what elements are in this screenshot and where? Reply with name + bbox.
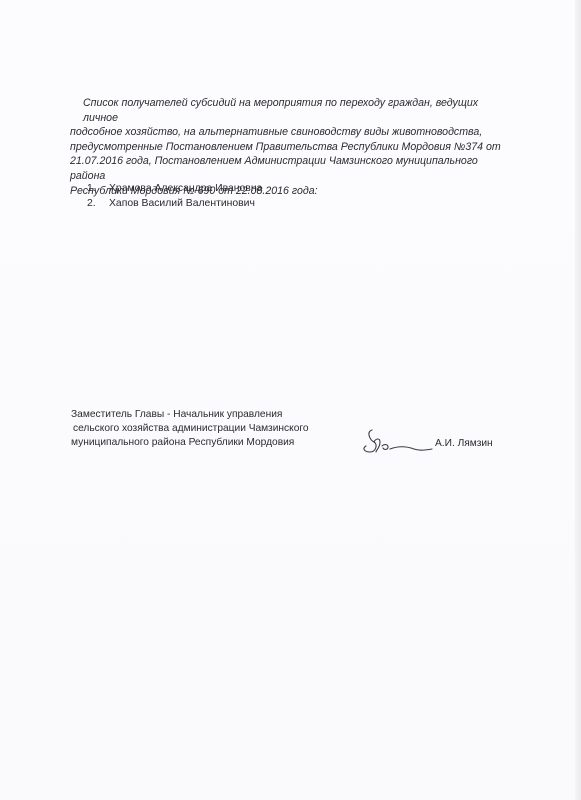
list-item-number: 2. <box>87 196 109 211</box>
document-page: Список получателей субсидий на мероприят… <box>0 0 581 800</box>
list-item-number: 1. <box>87 181 109 196</box>
position-line: Заместитель Главы - Начальник управления <box>71 408 309 422</box>
recipients-list: 1. Храмова Александра Ивановна 2. Хапов … <box>87 181 262 211</box>
heading-line: 21.07.2016 года, Постановлением Админист… <box>70 154 510 183</box>
signatory-position: Заместитель Главы - Начальник управления… <box>71 408 309 451</box>
scan-edge <box>575 0 581 800</box>
list-item: 2. Хапов Василий Валентинович <box>87 196 262 211</box>
list-item-name: Хапов Василий Валентинович <box>109 196 255 211</box>
list-item-name: Храмова Александра Ивановна <box>109 181 262 196</box>
list-item: 1. Храмова Александра Ивановна <box>87 181 262 196</box>
heading-line: предусмотренные Постановлением Правитель… <box>70 140 510 155</box>
heading-line: Список получателей субсидий на мероприят… <box>70 96 510 125</box>
position-line: сельского хозяйства администрации Чамзин… <box>71 422 309 436</box>
signer-name: А.И. Лямзин <box>435 438 493 449</box>
heading-line: подсобное хозяйство, на альтернативные с… <box>70 125 510 140</box>
position-line: муниципального района Республики Мордови… <box>71 436 309 450</box>
signature-icon <box>358 428 434 462</box>
